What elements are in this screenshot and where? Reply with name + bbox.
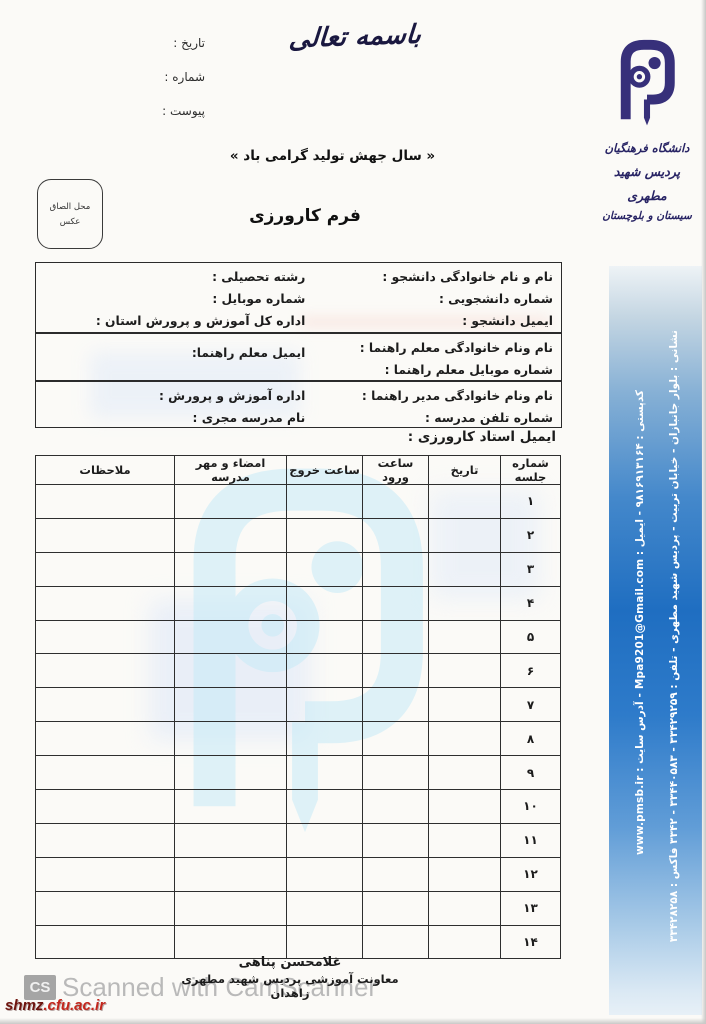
- principal-box: نام ونام خانوادگی مدیر راهنما : شماره تل…: [35, 381, 562, 428]
- col-time-out: ساعت خروج: [287, 456, 363, 485]
- session-number: ۱۰: [501, 790, 561, 824]
- session-number: ۹: [501, 756, 561, 790]
- col-remarks: ملاحظات: [36, 456, 175, 485]
- contact-address-line: نشانی : بلوار جانبازان - خیابان تربیت - …: [664, 330, 685, 912]
- table-row: ۱۳: [36, 891, 561, 925]
- table-row: ۱: [36, 485, 561, 519]
- table-row: ۶: [36, 654, 561, 688]
- bismillah-calligraphy: باسمه تعالی: [287, 20, 423, 55]
- col-session-number: شماره جلسه: [501, 456, 561, 485]
- student-info-box: نام و نام خانوادگی دانشجو : شماره دانشجو…: [35, 262, 562, 333]
- site-watermark-url: shmz.cfu.ac.ir: [5, 997, 105, 1014]
- field-host-school-name: نام مدرسه مجری :: [44, 407, 305, 429]
- sessions-table-wrap: شماره جلسه تاریخ ساعت ورود ساعت خروج امض…: [35, 455, 561, 959]
- photo-box-line2: عکس: [60, 217, 81, 227]
- photo-box-line1: محل الصاق: [50, 202, 91, 212]
- session-number: ۶: [501, 654, 561, 688]
- table-row: ۱۴: [36, 925, 561, 959]
- logo-university-name: دانشگاه فرهنگیان: [596, 138, 698, 160]
- university-logo-block: دانشگاه فرهنگیان پردیس شهید مطهری سیستان…: [596, 20, 698, 227]
- table-row: ۱۱: [36, 823, 561, 857]
- table-row: ۸: [36, 722, 561, 756]
- contact-email-line: کدپستی : ۹۸۱۶۹۱۳۱۶۴ - ایمیل : Mpa9201@Gm…: [630, 390, 651, 880]
- field-teacher-email: ایمیل معلم راهنما:: [44, 342, 305, 364]
- number-label: شماره :: [90, 68, 205, 87]
- attachment-label: پیوست :: [90, 102, 205, 121]
- date-label: تاریخ :: [90, 34, 205, 53]
- table-row: ۱۲: [36, 857, 561, 891]
- field-education-office: اداره آموزش و پرورش :: [44, 385, 305, 407]
- signatory-name: غلامحسن پناهی: [160, 955, 420, 970]
- session-number: ۱۴: [501, 925, 561, 959]
- session-number: ۱: [501, 485, 561, 519]
- session-number: ۸: [501, 722, 561, 756]
- table-header-row: شماره جلسه تاریخ ساعت ورود ساعت خروج امض…: [36, 456, 561, 485]
- table-row: ۲: [36, 518, 561, 552]
- table-row: ۱۰: [36, 790, 561, 824]
- logo-campus-name: پردیس شهید مطهری: [596, 160, 698, 208]
- table-row: ۹: [36, 756, 561, 790]
- year-slogan: « سال جهش تولید گرامی باد »: [215, 148, 450, 164]
- letterhead-meta: تاریخ : شماره : پیوست :: [90, 34, 205, 136]
- contact-band: [609, 266, 702, 1015]
- field-teacher-mobile: شماره موبایل معلم راهنما :: [321, 359, 553, 381]
- form-title: فرم کارورزی: [235, 206, 375, 226]
- field-school-phone: شماره تلفن مدرسه :: [321, 407, 553, 429]
- session-number: ۵: [501, 620, 561, 654]
- session-number: ۷: [501, 688, 561, 722]
- session-number: ۱۲: [501, 857, 561, 891]
- logo-province-name: سیستان و بلوچستان: [596, 207, 698, 227]
- session-number: ۲: [501, 518, 561, 552]
- signatory-title: معاونت آموزشی پردیس شهید مطهری زاهدان: [160, 972, 420, 1000]
- field-teacher-name: نام ونام خانوادگی معلم راهنما :: [321, 337, 553, 359]
- field-mobile-number: شماره موبایل :: [44, 288, 305, 310]
- photo-attach-box: محل الصاق عکس: [37, 179, 103, 249]
- col-signature-stamp: امضاء و مهر مدرسه: [175, 456, 287, 485]
- sessions-table: شماره جلسه تاریخ ساعت ورود ساعت خروج امض…: [35, 455, 561, 959]
- col-time-in: ساعت ورود: [363, 456, 429, 485]
- table-row: ۴: [36, 586, 561, 620]
- university-emblem-icon: [596, 20, 698, 138]
- site-url-suffix: .cfu.ac.ir: [43, 997, 105, 1014]
- scan-edge-bottom: [0, 1018, 706, 1024]
- field-student-email: ایمیل دانشجو :: [321, 310, 553, 332]
- table-row: ۳: [36, 552, 561, 586]
- field-education-office-province: اداره کل آموزش و پرورش استان :: [44, 310, 305, 332]
- field-study-major: رشته تحصیلی :: [44, 266, 305, 288]
- field-student-name: نام و نام خانوادگی دانشجو :: [321, 266, 553, 288]
- instructor-email-label: ایمیل استاد کارورزی :: [408, 429, 556, 445]
- site-url-prefix: shmz: [5, 997, 43, 1014]
- session-number: ۳: [501, 552, 561, 586]
- col-date: تاریخ: [429, 456, 501, 485]
- table-row: ۵: [36, 620, 561, 654]
- scanned-internship-form: تاریخ : شماره : پیوست : باسمه تعالی « سا…: [0, 0, 706, 1024]
- field-principal-name: نام ونام خانوادگی مدیر راهنما :: [321, 385, 553, 407]
- session-number: ۱۳: [501, 891, 561, 925]
- session-number: ۴: [501, 586, 561, 620]
- scan-edge-right: [701, 0, 706, 1024]
- field-student-id: شماره دانشجویی :: [321, 288, 553, 310]
- signature-block: غلامحسن پناهی معاونت آموزشی پردیس شهید م…: [160, 955, 420, 1000]
- session-number: ۱۱: [501, 823, 561, 857]
- guide-teacher-box: نام ونام خانوادگی معلم راهنما : شماره مو…: [35, 333, 562, 381]
- table-row: ۷: [36, 688, 561, 722]
